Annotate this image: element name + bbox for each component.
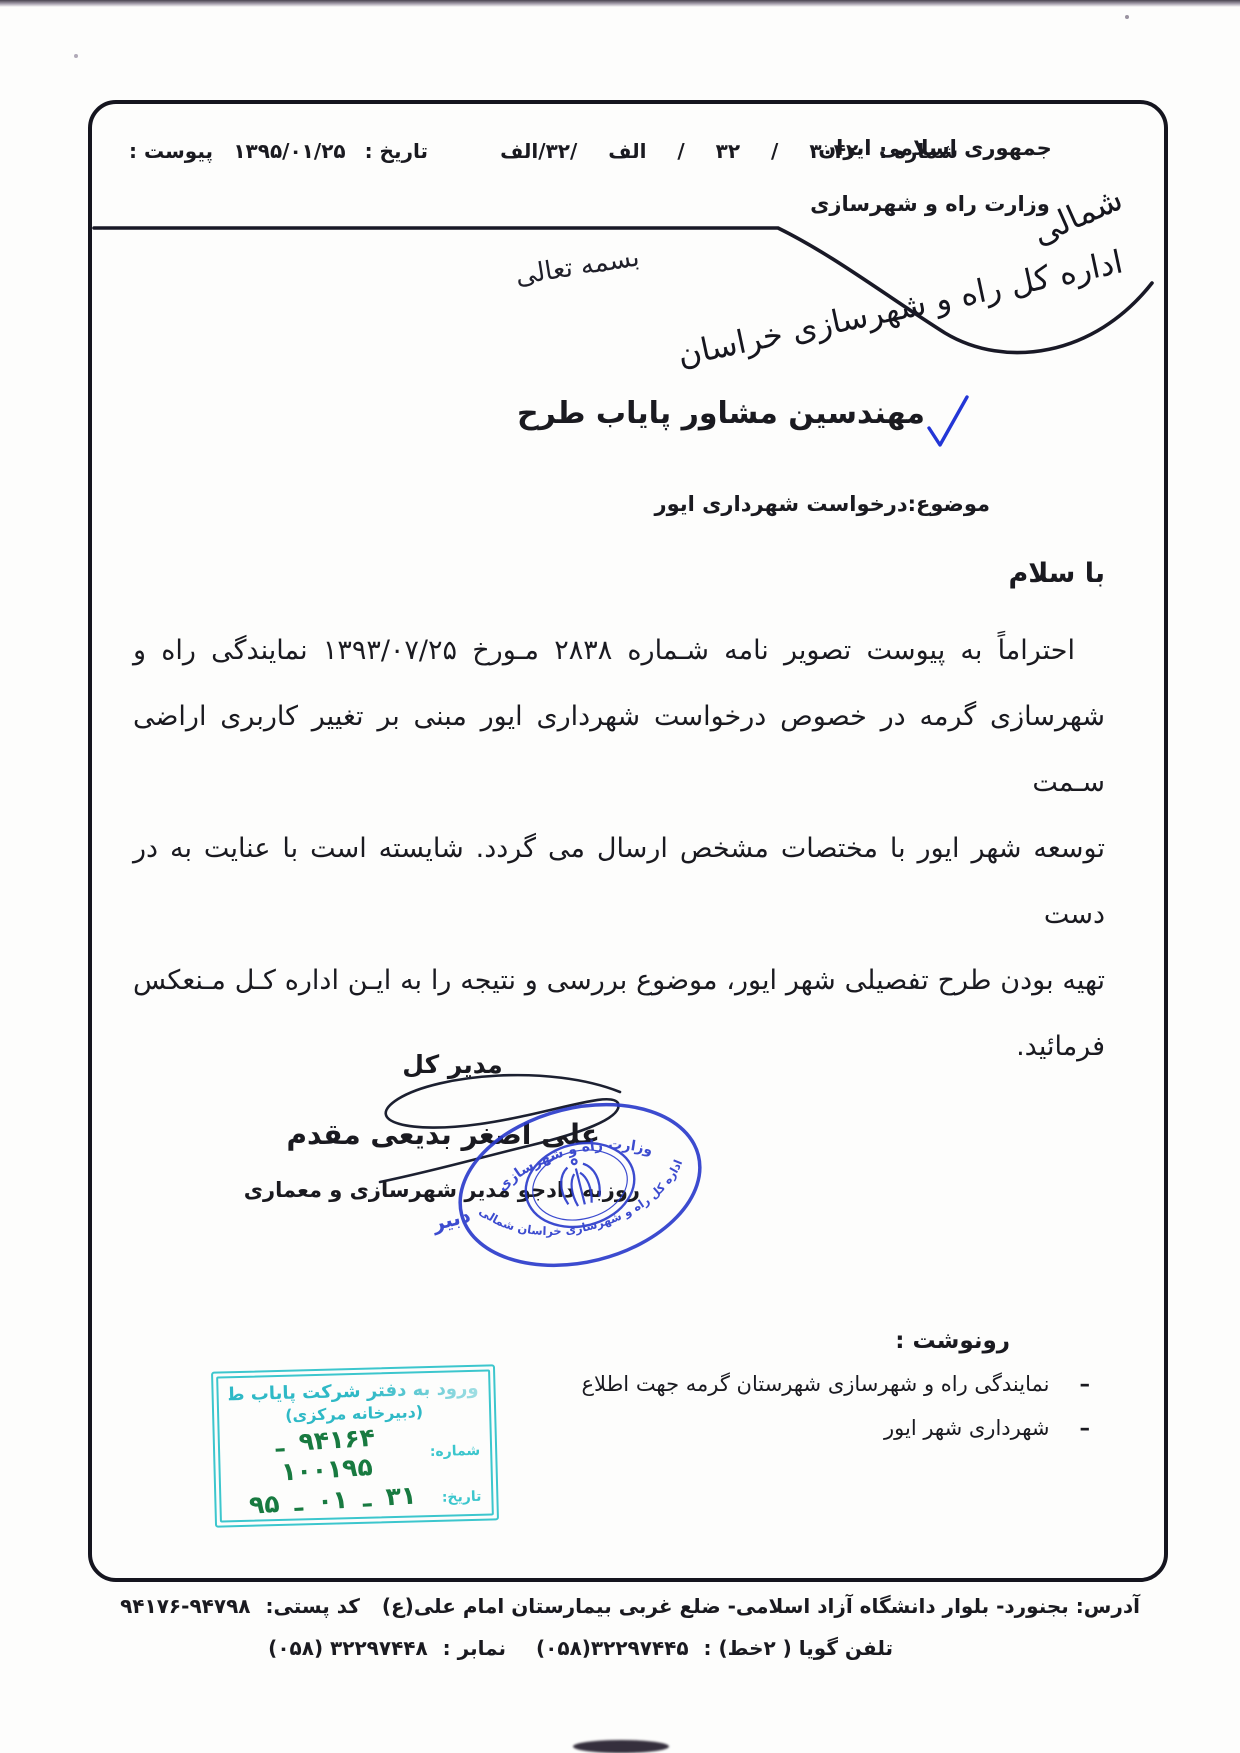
cc-list: –نمایندگی راه و شهرسازی شهرستان گرمه جهت… bbox=[582, 1372, 1090, 1460]
footer-phone-row: تلفن گویا ( ۲خط) : ۳۲۲۹۷۴۴۵(۰۵۸) نمابر :… bbox=[268, 1636, 893, 1660]
iran-emblem-icon bbox=[555, 1155, 603, 1209]
cc-item-text: شهرداری شهر ایور bbox=[884, 1416, 1050, 1440]
scan-dot bbox=[74, 54, 78, 58]
body-line: شهرسازی گرمه در خصوص درخواست شهرداری ایو… bbox=[133, 684, 1105, 816]
cc-heading: رونوشت : bbox=[895, 1328, 1010, 1354]
entry-date-label: تاریخ: bbox=[442, 1488, 482, 1505]
letter-number-value: ۳۰۴۲ / ۳۲ / الف /۳۲/الف bbox=[500, 139, 858, 163]
scan-edge-artifact bbox=[0, 0, 1240, 7]
postal-label: کد پستی: bbox=[265, 1594, 359, 1618]
body-line: احتراماً به پیوست تصویر نامه شـماره ۲۸۳۸… bbox=[133, 618, 1105, 684]
letter-date: تاریخ : ۱۳۹۵/۰۱/۲۵ bbox=[233, 139, 428, 163]
letter-date-label: تاریخ : bbox=[365, 139, 428, 163]
letter-body: احتراماً به پیوست تصویر نامه شـماره ۲۸۳۸… bbox=[133, 618, 1105, 1080]
cc-item: –نمایندگی راه و شهرسازی شهرستان گرمه جهت… bbox=[582, 1372, 1090, 1396]
footer-phone: تلفن گویا ( ۲خط) : ۳۲۲۹۷۴۴۵(۰۵۸) bbox=[536, 1636, 893, 1660]
cc-item-text: نمایندگی راه و شهرسازی شهرستان گرمه جهت … bbox=[582, 1372, 1050, 1396]
fax-label: نمابر : bbox=[443, 1636, 506, 1660]
header-rule-swoosh bbox=[88, 195, 1178, 370]
scan-smudge bbox=[573, 1740, 669, 1753]
body-line: توسعه شهر ایور با مختصات مشخص ارسال می گ… bbox=[133, 816, 1105, 948]
checkmark-icon bbox=[925, 392, 971, 450]
footer-address-row: آدرس: بجنورد- بلوار دانشگاه آزاد اسلامی-… bbox=[120, 1594, 1140, 1618]
phone-value: ۳۲۲۹۷۴۴۵(۰۵۸) bbox=[536, 1636, 689, 1660]
scan-dot bbox=[1125, 15, 1129, 19]
footer-address: آدرس: بجنورد- بلوار دانشگاه آزاد اسلامی-… bbox=[382, 1594, 1140, 1618]
body-line: تهیه بودن طرح تفصیلی شهر ایور، موضوع برر… bbox=[133, 948, 1105, 1014]
scanned-letter-page: شماره : ۳۰۴۲ / ۳۲ / الف /۳۲/الف تاریخ : … bbox=[0, 0, 1240, 1753]
dash-bullet: – bbox=[1080, 1416, 1091, 1440]
footer-postal: کد پستی: ۹۴۷۹۸-۹۴۱۷۶ bbox=[120, 1594, 360, 1618]
letterhead-country: جمهوری اسلامی ایران bbox=[806, 136, 1064, 160]
salutation: با سلام bbox=[1008, 558, 1105, 589]
fax-value: ۳۲۲۹۷۴۴۸ (۰۵۸) bbox=[268, 1636, 428, 1660]
phone-label: تلفن گویا ( ۲خط) : bbox=[704, 1636, 893, 1660]
entry-stamp: ورود به دفتر شرکت پایاب طرح (دبیرخانه مر… bbox=[211, 1364, 499, 1527]
svg-text:اداره کل راه و شهرسازی خراسان: اداره کل راه و شهرسازی خراسان شمالی bbox=[474, 1154, 696, 1258]
stamp-bottom-arc-text: اداره کل راه و شهرسازی خراسان شمالی bbox=[474, 1154, 696, 1258]
subject-line: موضوع:درخواست شهرداری ایور bbox=[655, 492, 990, 516]
dash-bullet: – bbox=[1080, 1372, 1091, 1396]
cc-item: –شهرداری شهر ایور bbox=[582, 1416, 1090, 1440]
letter-attachment-label: پیوست : bbox=[129, 139, 213, 163]
recipient-name: مهندسین مشاور پایاب طرح bbox=[517, 396, 925, 431]
postal-value: ۹۴۷۹۸-۹۴۱۷۶ bbox=[120, 1594, 250, 1618]
letter-date-value: ۱۳۹۵/۰۱/۲۵ bbox=[233, 139, 345, 163]
entry-number-handwritten: ۹۴۱۶۴ ـ ۱۰۰۱۹۵ bbox=[229, 1420, 424, 1490]
entry-number-label: شماره: bbox=[430, 1443, 481, 1460]
footer-fax: نمابر : ۳۲۲۹۷۴۴۸ (۰۵۸) bbox=[268, 1636, 506, 1660]
body-line: فرمائید. bbox=[133, 1014, 1105, 1080]
